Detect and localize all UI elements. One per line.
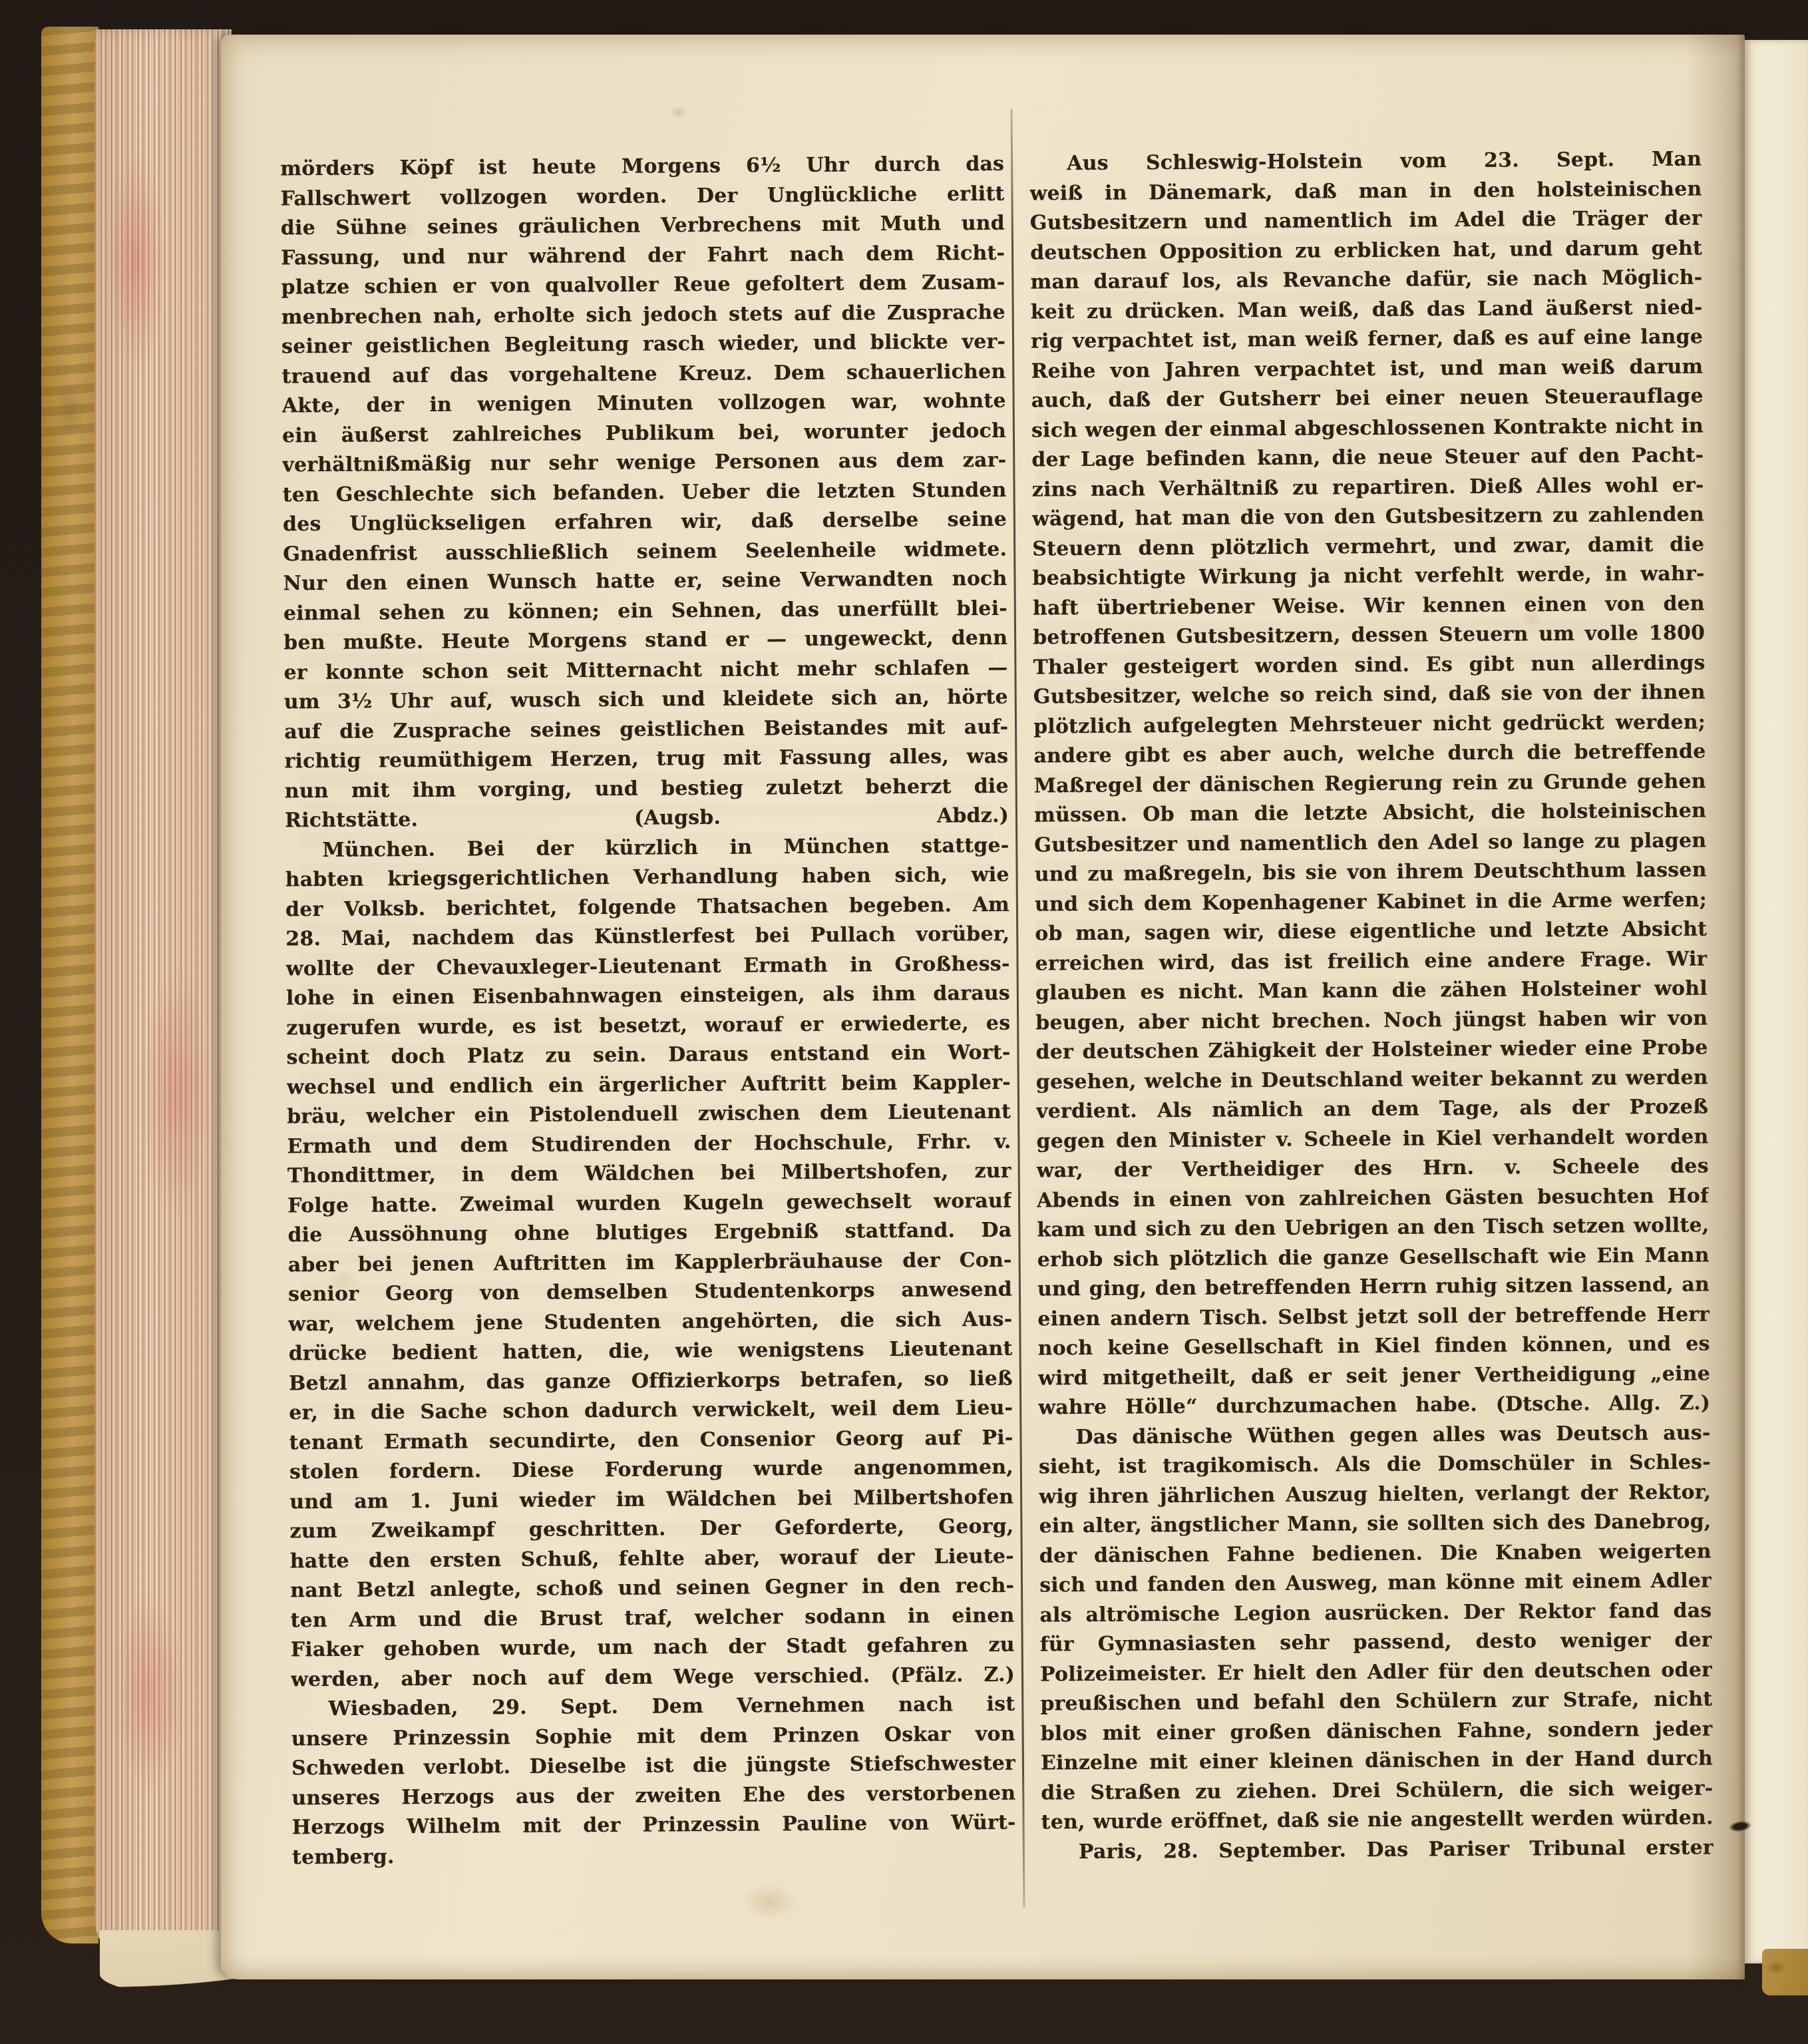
- book-cover-left-edge: [41, 27, 98, 1943]
- text-line: bräu, welcher ein Pistolenduell zwischen…: [287, 1098, 1011, 1132]
- text-line: wig ihren jährlichen Auszug hielten, ver…: [1039, 1478, 1711, 1512]
- text-line: sich wegen der einmal abgeschlossenen Ko…: [1031, 411, 1704, 446]
- text-line: senior Georg von demselben Studentenkorp…: [288, 1275, 1012, 1310]
- text-line: drücke bedient hatten, die, wie wenigste…: [288, 1334, 1012, 1369]
- text-line: Fallschwert vollzogen worden. Der Unglüc…: [280, 179, 1004, 214]
- text-line: menbrechen nah, erholte sich jedoch stet…: [281, 298, 1005, 332]
- text-line: Thondittmer, in dem Wäldchen bei Milbert…: [287, 1157, 1011, 1191]
- text-line: einen andern Tisch. Selbst jetzt soll de…: [1037, 1300, 1710, 1334]
- text-line: Fassung, und nur während der Fahrt nach …: [281, 238, 1005, 273]
- text-line: München. Bei der kürzlich in München sta…: [285, 831, 1009, 865]
- text-line: andere gibt es aber auch, welche durch d…: [1033, 737, 1706, 771]
- text-line: einmal sehen zu können; ein Sehnen, das …: [283, 594, 1007, 628]
- text-line: ten Geschlechte sich befanden. Ueber die…: [282, 475, 1006, 510]
- text-line: er konnte schon seit Mitternacht nicht m…: [283, 653, 1007, 688]
- text-line: 28. Mai, nachdem das Künstlerfest bei Pu…: [285, 920, 1009, 954]
- text-line: hatte den ersten Schuß, fehlte aber, wor…: [290, 1541, 1014, 1576]
- text-line: platze schien er von qualvoller Reue gef…: [281, 268, 1005, 303]
- text-line: richtig reumüthigem Herzen, trug mit Fas…: [284, 742, 1008, 777]
- text-line: noch keine Gesellschaft in Kiel finden k…: [1037, 1329, 1710, 1364]
- text-line: Herzogs Wilhelm mit der Prinzessin Pauli…: [291, 1808, 1015, 1843]
- text-line: weiß in Dänemark, daß man in den holstei…: [1029, 174, 1702, 209]
- text-line: kam und sich zu den Uebrigen an den Tisc…: [1037, 1211, 1709, 1245]
- text-line: beabsichtigte Wirkung ja nicht verfehlt …: [1032, 559, 1704, 594]
- text-line: unseres Herzogs aus der zweiten Ehe des …: [291, 1778, 1015, 1813]
- text-line: die Straßen zu ziehen. Drei Schülern, di…: [1041, 1774, 1713, 1808]
- text-block: mörders Köpf ist heute Morgens 6½ Uhr du…: [214, 29, 1751, 1985]
- text-column-right: Aus Schleswig-Holstein vom 23. Sept. Man…: [1029, 144, 1714, 1867]
- text-line: unsere Prinzessin Sophie mit dem Prinzen…: [291, 1719, 1015, 1754]
- text-line: deutschen Opposition zu erblicken hat, u…: [1030, 234, 1702, 268]
- text-line: ten, wurde eröffnet, daß sie nie angeste…: [1041, 1803, 1713, 1838]
- text-line: Gutsbesitzer und namentlich den Adel so …: [1034, 826, 1706, 861]
- text-line: Ermath und dem Studirenden der Hochschul…: [287, 1127, 1011, 1161]
- text-line: Thaler gesteigert worden sind. Es gibt n…: [1033, 648, 1705, 683]
- text-line: seiner geistlichen Begleitung rasch wied…: [281, 327, 1005, 362]
- text-line: Gnadenfrist ausschließlich seinem Seelen…: [283, 534, 1007, 569]
- gutter-shadow: [1686, 35, 1745, 1979]
- text-line: der dänischen Fahne bedienen. Die Knaben…: [1039, 1537, 1712, 1571]
- text-line: die Sühne seines gräulichen Verbrechens …: [281, 209, 1005, 244]
- text-line: rig verpachtet ist, man weiß ferner, daß…: [1031, 322, 1703, 357]
- text-line: auch, daß der Gutsherr bei einer neuen S…: [1031, 381, 1703, 416]
- text-line: preußischen und befahl den Schülern zur …: [1040, 1685, 1712, 1719]
- text-line: ben mußte. Heute Morgens stand er — unge…: [283, 624, 1007, 658]
- text-line: nant Betzl anlegte, schoß und seinen Geg…: [290, 1571, 1014, 1606]
- text-line: glauben es nicht. Man kann die zähen Hol…: [1035, 974, 1708, 1008]
- text-line: der Lage befinden kann, die neue Steuer …: [1031, 441, 1704, 475]
- newspaper-page: mörders Köpf ist heute Morgens 6½ Uhr du…: [221, 35, 1745, 1979]
- text-line: die Aussöhnung ohne blutiges Ergebniß st…: [287, 1216, 1011, 1251]
- text-line: ein alter, ängstlicher Mann, sie sollten…: [1039, 1507, 1711, 1541]
- text-line: haft übertriebener Weise. Wir kennen ein…: [1033, 589, 1705, 624]
- text-line: plötzlich aufgelegten Mehrsteuer nicht g…: [1033, 708, 1706, 742]
- text-line: Akte, der in wenigen Minuten vollzogen w…: [282, 387, 1006, 421]
- text-line: für Gymnasiasten sehr passend, desto wen…: [1040, 1625, 1712, 1660]
- text-line: als altrömische Legion ausrücken. Der Re…: [1039, 1596, 1712, 1631]
- text-line: Fiaker gehoben wurde, um nach der Stadt …: [291, 1631, 1015, 1665]
- text-line: mörders Köpf ist heute Morgens 6½ Uhr du…: [280, 150, 1004, 184]
- text-line: wägend, hat man die von den Gutsbesitzer…: [1032, 500, 1704, 534]
- text-line: gesehen, welche in Deutschland weiter be…: [1036, 1063, 1708, 1098]
- text-line: verdient. Als nämlich an dem Tage, als d…: [1036, 1092, 1708, 1127]
- text-line: Wiesbaden, 29. Sept. Dem Vernehmen nach …: [291, 1690, 1015, 1725]
- text-line: müssen. Ob man die letzte Absicht, die h…: [1034, 796, 1706, 831]
- page-fore-edges: [94, 29, 232, 1965]
- text-line: Einzelne mit einer kleinen dänischen in …: [1041, 1744, 1713, 1778]
- text-line: Steuern denn plötzlich vermehrt, und zwa…: [1032, 530, 1704, 564]
- text-line: der deutschen Zähigkeit der Holsteiner w…: [1035, 1033, 1708, 1068]
- text-line: erhob sich plötzlich die ganze Gesellsch…: [1037, 1241, 1710, 1275]
- text-line: verhältnißmäßig nur sehr wenige Personen…: [282, 446, 1006, 481]
- text-line: zum Zweikampf geschritten. Der Gefordert…: [289, 1512, 1013, 1547]
- text-line: war, welchem jene Studenten angehörten, …: [288, 1305, 1012, 1339]
- text-line: keit zu drücken. Man weiß, daß das Land …: [1031, 293, 1703, 327]
- text-line: und am 1. Juni wieder im Wäldchen bei Mi…: [289, 1482, 1013, 1517]
- text-line: ob man, sagen wir, diese eigentliche und…: [1035, 915, 1707, 949]
- text-line: und sich dem Kopenhagener Kabinet in die…: [1035, 885, 1707, 920]
- text-line: blos mit einer großen dänischen Fahne, s…: [1040, 1715, 1712, 1749]
- text-line: Aus Schleswig-Holstein vom 23. Sept. Man: [1029, 144, 1702, 179]
- text-line: auf die Zusprache seines geistlichen Bei…: [284, 712, 1008, 747]
- text-line: um 3½ Uhr auf, wusch sich und kleidete s…: [284, 683, 1008, 717]
- text-line: trauend auf das vorgehaltene Kreuz. Dem …: [281, 357, 1005, 391]
- text-line: lohe in einen Eisenbahnwagen einsteigen,…: [286, 979, 1010, 1014]
- text-line: wird mitgetheilt, daß er seit jener Vert…: [1038, 1359, 1710, 1394]
- text-line: zugerufen wurde, es ist besetzt, worauf …: [286, 1008, 1010, 1043]
- text-line: er, in die Sache schon dadurch verwickel…: [289, 1394, 1013, 1428]
- text-line: des Unglückseligen erfahren wir, daß der…: [283, 505, 1007, 540]
- text-line: temberg.: [292, 1838, 1016, 1872]
- text-line: scheint doch Platz zu sein. Daraus entst…: [286, 1038, 1010, 1073]
- text-line: erreichen wird, das ist freilich eine an…: [1035, 944, 1707, 979]
- text-line: ein äußerst zahlreiches Publikum bei, wo…: [282, 416, 1006, 451]
- text-line: sieht, ist tragikomisch. Als die Domschü…: [1039, 1448, 1711, 1482]
- text-line: Nur den einen Wunsch hatte er, seine Ver…: [283, 564, 1007, 599]
- text-line: Gutsbesitzern und namentlich im Adel die…: [1030, 204, 1702, 238]
- text-line: Schweden verlobt. Dieselbe ist die jüngs…: [291, 1749, 1015, 1784]
- text-line: werden, aber noch auf dem Wege verschied…: [291, 1660, 1015, 1695]
- text-line: Abends in einen von zahlreichen Gästen b…: [1037, 1181, 1709, 1216]
- text-line: Betzl annahm, das ganze Offizierkorps be…: [289, 1364, 1013, 1398]
- text-line: Paris, 28. September. Das Pariser Tribun…: [1041, 1833, 1714, 1868]
- text-line: aber bei jenen Auftritten im Kapplerbräu…: [288, 1245, 1012, 1280]
- text-column-left: mörders Köpf ist heute Morgens 6½ Uhr du…: [280, 150, 1016, 1873]
- text-line: war, der Vertheidiger des Hrn. v. Scheel…: [1037, 1151, 1709, 1186]
- text-line: beugen, aber nicht brechen. Noch jüngst …: [1035, 1004, 1708, 1038]
- text-line: stolen fordern. Diese Forderung wurde an…: [289, 1453, 1013, 1488]
- text-line: Polizeimeister. Er hielt den Adler für d…: [1040, 1655, 1712, 1690]
- text-line: wechsel und endlich ein ärgerlicher Auft…: [287, 1068, 1011, 1102]
- text-line: wollte der Chevauxleger-Lieutenant Ermat…: [285, 949, 1009, 984]
- text-line: und ging, den betreffenden Herrn ruhig s…: [1037, 1270, 1710, 1305]
- text-line: der Volksb. berichtet, folgende Thatsach…: [285, 890, 1009, 924]
- text-line: zins nach Verhältniß zu repartiren. Dieß…: [1031, 471, 1704, 505]
- text-line: Das dänische Wüthen gegen alles was Deut…: [1038, 1418, 1710, 1453]
- text-line: nun mit ihm vorging, und bestieg zuletzt…: [285, 771, 1009, 806]
- text-line: Gutsbesitzer, welche so reich sind, daß …: [1033, 678, 1706, 712]
- text-line: gegen den Minister v. Scheele in Kiel ve…: [1036, 1122, 1708, 1157]
- text-line: ten Arm und die Brust traf, welcher soda…: [290, 1601, 1014, 1635]
- text-line: tenant Ermath secundirte, den Consenior …: [289, 1423, 1013, 1458]
- adjacent-page-edge: [1745, 40, 1808, 1963]
- book-scan: mörders Köpf ist heute Morgens 6½ Uhr du…: [0, 0, 1808, 2044]
- text-line: Folge hatte. Zweimal wurden Kugeln gewec…: [287, 1186, 1011, 1221]
- text-line: man darauf los, als Revanche dafür, sie …: [1030, 263, 1702, 298]
- cover-corner-bottom-right: [1762, 1949, 1808, 1995]
- text-line: und zu maßregeln, bis sie von ihrem Deut…: [1034, 855, 1706, 890]
- text-line: sich und fanden den Ausweg, man könne mi…: [1039, 1566, 1712, 1601]
- text-line: betroffenen Gutsbesitzern, dessen Steuer…: [1033, 618, 1705, 653]
- text-line: Maßregel der dänischen Regierung rein zu…: [1034, 767, 1706, 801]
- text-line: wahre Hölle“ durchzumachen habe. (Dtsche…: [1038, 1388, 1710, 1423]
- text-line: Reihe von Jahren verpachtet ist, und man…: [1031, 352, 1703, 387]
- text-line: habten kriegsgerichtlichen Verhandlung h…: [285, 861, 1009, 895]
- text-line: Richtstätte. (Augsb. Abdz.): [285, 801, 1009, 836]
